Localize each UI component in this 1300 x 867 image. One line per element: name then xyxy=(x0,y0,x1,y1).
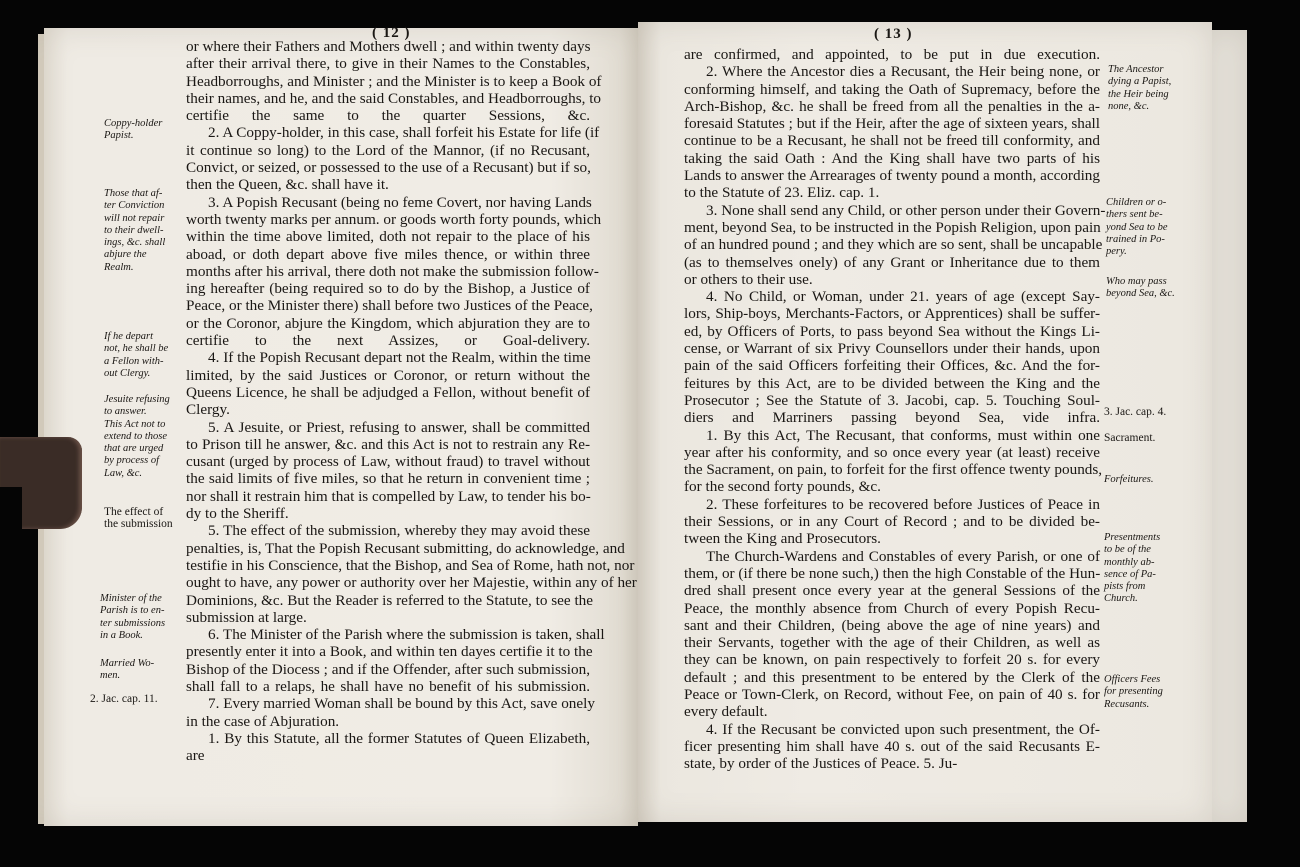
text-line: diers and Marriners passing beyond Sea, … xyxy=(684,409,1100,426)
book-clasp xyxy=(0,437,82,529)
text-line: of an hundred pound ; and they which are… xyxy=(684,236,1100,253)
margin-note: 3. Jac. cap. 4. xyxy=(1104,406,1166,418)
text-line: pain of the said Officers forfeiting the… xyxy=(684,357,1100,374)
margin-note: Those that af- ter Conviction will not r… xyxy=(104,188,165,274)
text-line: dy to the Sheriff. xyxy=(186,505,590,522)
margin-note: The effect of the submission xyxy=(104,506,173,531)
text-line: Clergy. xyxy=(186,401,590,418)
margin-note: Forfeitures. xyxy=(1104,474,1153,486)
text-line: ment, beyond Sea, to be instructed in th… xyxy=(684,219,1100,236)
text-line: Convict, or seized, or possessed to the … xyxy=(186,159,590,176)
margin-note: Who may pass beyond Sea, &c. xyxy=(1106,276,1175,301)
text-line: 4. No Child, or Woman, under 21. years o… xyxy=(684,288,1100,305)
right-page: ( 13 ) are confirmed, and appointed, to … xyxy=(638,22,1212,822)
text-line: or others to their use. xyxy=(684,271,1100,288)
text-line: Headborroughs, and Minister ; and the Mi… xyxy=(186,73,590,90)
text-line: continue to be a Recusant, he shall not … xyxy=(684,132,1100,149)
text-line: them, or (if there be none such,) then t… xyxy=(684,565,1100,582)
left-page-body: or where their Fathers and Mothers dwell… xyxy=(186,38,590,764)
text-line: penalties, is, That the Popish Recusant … xyxy=(186,540,590,557)
text-line: within the time above limited, doth not … xyxy=(186,228,590,245)
text-line: ought to have, any power or authority ov… xyxy=(186,574,590,591)
text-line: certifie the same to the quarter Session… xyxy=(186,107,590,124)
text-line: in the case of Abjuration. xyxy=(186,713,590,730)
left-page: ( 12 ) or where their Fathers and Mother… xyxy=(44,28,638,826)
text-line: are confirmed, and appointed, to be put … xyxy=(684,46,1100,63)
text-line: 1. By this Statute, all the former Statu… xyxy=(186,730,590,747)
text-line: or the Coronor, abjure the Kingdom, whic… xyxy=(186,315,590,332)
text-line: Peace, or the Minister there) shall befo… xyxy=(186,297,590,314)
text-line: to Prison till he answer, &c. and this A… xyxy=(186,436,590,453)
text-line: taking the said Oath : And the King shal… xyxy=(684,150,1100,167)
margin-note: Sacrament. xyxy=(1104,432,1155,444)
margin-note: The Ancestor dying a Papist, the Heir be… xyxy=(1108,64,1171,113)
margin-note: Married Wo- men. xyxy=(100,658,154,683)
text-line: 2. These forfeitures to be recovered bef… xyxy=(684,496,1100,513)
text-line: foresaid Statutes ; but if the Heir, aft… xyxy=(684,115,1100,132)
text-line: limited, by the said Justices or Coronor… xyxy=(186,367,590,384)
text-line: Lands to answer the Arrearages of twenty… xyxy=(684,167,1100,184)
text-line: tween the King and Prosecutors. xyxy=(684,530,1100,547)
text-line: (as to themselves onely) of any Grant or… xyxy=(684,254,1100,271)
text-line: lors, Ship-boys, Merchants-Factors, or A… xyxy=(684,305,1100,322)
text-line: every default. xyxy=(684,703,1100,720)
page-number-13: ( 13 ) xyxy=(874,26,913,43)
text-line: 4. If the Recusant be convicted upon suc… xyxy=(684,721,1100,738)
text-line: for the second forty pounds, &c. xyxy=(684,478,1100,495)
text-line: after their arrival there, to give in th… xyxy=(186,55,590,72)
text-line: 5. The effect of the submission, whereby… xyxy=(186,522,590,539)
margin-note: Minister of the Parish is to en- ter sub… xyxy=(100,593,165,642)
text-line: state, by order of the Justices of Peace… xyxy=(684,755,1100,772)
text-line: Arch-Bishop, &c. he shall be freed from … xyxy=(684,98,1100,115)
text-line: Dominions, &c. But the Reader is referre… xyxy=(186,592,590,609)
text-line: Peace or Town-Clerk, on Record, without … xyxy=(684,686,1100,703)
text-line: to the Statute of 23. Eliz. cap. 1. xyxy=(684,184,1100,201)
margin-note: Presentments to be of the monthly ab- se… xyxy=(1104,532,1160,606)
text-line: cense, or Warrant of six Privy Counsello… xyxy=(684,340,1100,357)
text-line: default ; and this presentment to be ent… xyxy=(684,669,1100,686)
margin-note: If he depart not, he shall be a Fellon w… xyxy=(104,331,168,380)
text-line: aboad, or doth depart above five miles t… xyxy=(186,246,590,263)
text-line: Queens Licence, he shall be adjudged a F… xyxy=(186,384,590,401)
margin-note: Children or o- thers sent be- yond Sea t… xyxy=(1106,197,1168,258)
text-line: months after his arrival, there doth not… xyxy=(186,263,590,280)
text-line: The Church-Wardens and Constables of eve… xyxy=(684,548,1100,565)
text-line: they can be known, on pain respectively … xyxy=(684,651,1100,668)
text-line: Prosecutor ; See the Statute of 3. Jacob… xyxy=(684,392,1100,409)
text-line: or where their Fathers and Mothers dwell… xyxy=(186,38,590,55)
text-line: certifie to the next Assizes, or Goal-de… xyxy=(186,332,590,349)
text-line: 5. A Jesuite, or Priest, refusing to ans… xyxy=(186,419,590,436)
text-line: presently enter it into a Book, and with… xyxy=(186,643,590,660)
text-line: conforming himself, and taking the Oath … xyxy=(684,81,1100,98)
text-line: 1. By this Act, The Recusant, that confo… xyxy=(684,427,1100,444)
text-line: feitures by this Act, are to be divided … xyxy=(684,375,1100,392)
text-line: Peace, the monthly absence from Church o… xyxy=(684,600,1100,617)
text-line: are xyxy=(186,747,590,764)
text-line: 2. A Coppy-holder, in this case, shall f… xyxy=(186,124,590,141)
text-line: 3. None shall send any Child, or other p… xyxy=(684,202,1100,219)
text-line: 4. If the Popish Recusant depart not the… xyxy=(186,349,590,366)
text-line: year after his conformity, and so once e… xyxy=(684,444,1100,461)
margin-note: Coppy-holder Papist. xyxy=(104,118,162,143)
text-line: the said limits of five miles, so that h… xyxy=(186,470,590,487)
text-line: their names, and he, and the said Consta… xyxy=(186,90,590,107)
text-line: submission at large. xyxy=(186,609,590,626)
text-line: it continue so long) to the Lord of the … xyxy=(186,142,590,159)
margin-note: 2. Jac. cap. 11. xyxy=(90,693,158,705)
text-line: 2. Where the Ancestor dies a Recusant, t… xyxy=(684,63,1100,80)
text-line: sant and their Children, (being above th… xyxy=(684,617,1100,634)
text-line: 3. A Popish Recusant (being no feme Cove… xyxy=(186,194,590,211)
text-line: their Sessions, or in any Court of Recor… xyxy=(684,513,1100,530)
text-line: shall fall to a relaps, he shall have no… xyxy=(186,678,590,695)
text-line: testifie in his Conscience, that the Bis… xyxy=(186,557,590,574)
right-page-body: are confirmed, and appointed, to be put … xyxy=(684,46,1100,772)
text-line: nor shall it restrain him that is compel… xyxy=(186,488,590,505)
margin-note: Officers Fees for presenting Recusants. xyxy=(1104,674,1163,711)
text-line: Bishop of the Diocess ; and if the Offen… xyxy=(186,661,590,678)
text-line: cusant (urged by process of Law, without… xyxy=(186,453,590,470)
text-line: then the Queen, &c. shall have it. xyxy=(186,176,590,193)
text-line: 7. Every married Woman shall be bound by… xyxy=(186,695,590,712)
text-line: the Sacrament, on pain, to forfeit for t… xyxy=(684,461,1100,478)
text-line: dred shall present once every year at th… xyxy=(684,582,1100,599)
text-line: worth twenty marks per annum. or goods w… xyxy=(186,211,590,228)
text-line: their Servants, together with the age of… xyxy=(684,634,1100,651)
text-line: ing hereafter (being required so to do b… xyxy=(186,280,590,297)
text-line: 6. The Minister of the Parish where the … xyxy=(186,626,590,643)
text-line: ficer presenting him shall have 40 s. ou… xyxy=(684,738,1100,755)
text-line: ed, by Officers of Ports, to pass beyond… xyxy=(684,323,1100,340)
margin-note: Jesuite refusing to answer. This Act not… xyxy=(104,394,170,480)
